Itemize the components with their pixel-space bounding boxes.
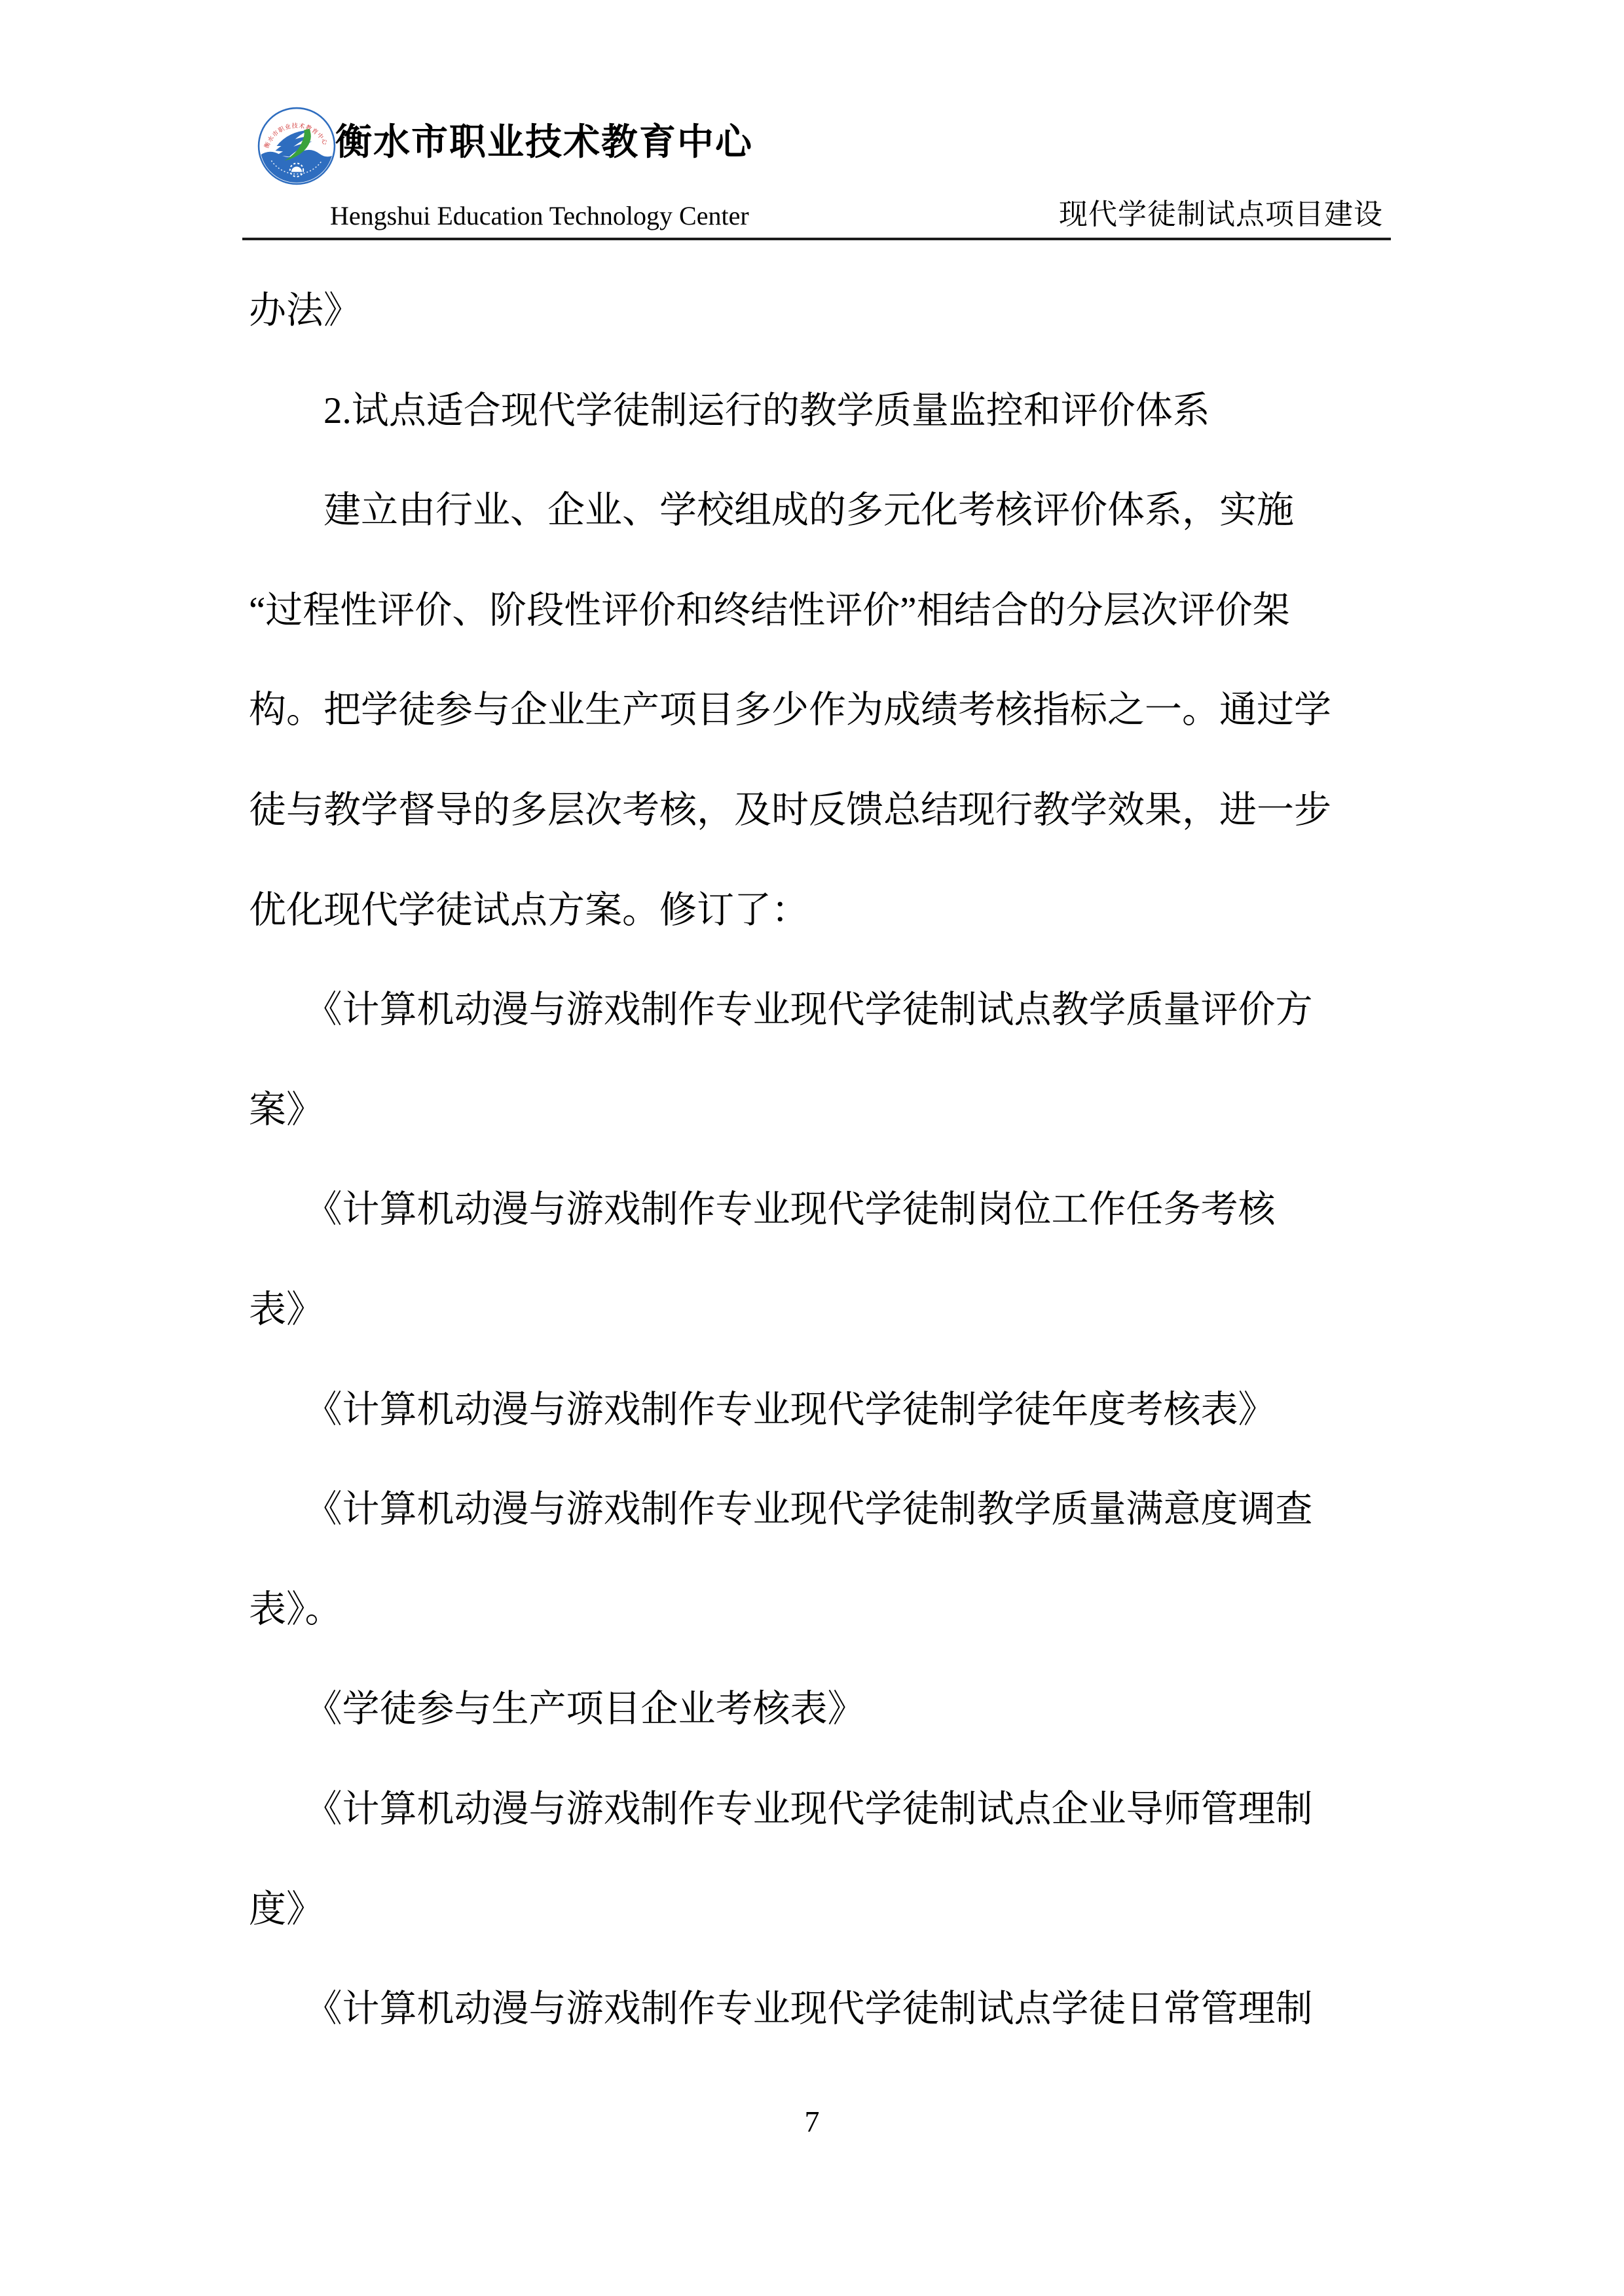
text-line: 表》。 bbox=[249, 1560, 1388, 1660]
text-line: 优化现代学徒试点方案。修订了： bbox=[249, 861, 1388, 961]
text-line: 表》 bbox=[249, 1260, 1388, 1360]
text-line: 《学徒参与生产项目企业考核表》 bbox=[249, 1660, 1388, 1760]
text-line: 《计算机动漫与游戏制作专业现代学徒制教学质量满意度调查 bbox=[249, 1460, 1388, 1560]
school-logo: 衡水市职业技术教育中心 bbox=[257, 106, 337, 186]
text-line: 建立由行业、企业、学校组成的多元化考核评价体系，实施 bbox=[249, 461, 1388, 561]
document-page: 衡水市职业技术教育中心 衡水市职业技术教育中心 bbox=[0, 0, 1624, 2296]
header-project-title: 现代学徒制试点项目建设 bbox=[1059, 199, 1383, 230]
header-rule bbox=[242, 238, 1391, 240]
text-line: 《计算机动漫与游戏制作专业现代学徒制岗位工作任务考核 bbox=[249, 1160, 1388, 1260]
header-title-cn: 衡水市职业技术教育中心 bbox=[335, 123, 753, 164]
text-line: 2.试点适合现代学徒制运行的教学质量监控和评价体系 bbox=[249, 361, 1388, 462]
body-text: 办法》 2.试点适合现代学徒制运行的教学质量监控和评价体系 建立由行业、企业、学… bbox=[249, 261, 1388, 2060]
text-line: 度》 bbox=[249, 1860, 1388, 1960]
text-line: 案》 bbox=[249, 1061, 1388, 1161]
header-subtitle-en: Hengshui Education Technology Center bbox=[330, 202, 749, 230]
text-line: “过程性评价、阶段性评价和终结性评价”相结合的分层次评价架 bbox=[249, 561, 1388, 661]
text-line: 《计算机动漫与游戏制作专业现代学徒制试点学徒日常管理制 bbox=[249, 1959, 1388, 2060]
school-logo-emblem: 衡水市职业技术教育中心 bbox=[257, 106, 337, 186]
text-line: 《计算机动漫与游戏制作专业现代学徒制试点企业导师管理制 bbox=[249, 1760, 1388, 1860]
page-number: 7 bbox=[0, 2107, 1624, 2137]
text-line: 《计算机动漫与游戏制作专业现代学徒制学徒年度考核表》 bbox=[249, 1360, 1388, 1461]
text-line: 徒与教学督导的多层次考核，及时反馈总结现行教学效果，进一步 bbox=[249, 761, 1388, 861]
text-line: 办法》 bbox=[249, 261, 1388, 361]
text-line: 《计算机动漫与游戏制作专业现代学徒制试点教学质量评价方 bbox=[249, 960, 1388, 1061]
text-line: 构。把学徒参与企业生产项目多少作为成绩考核指标之一。通过学 bbox=[249, 661, 1388, 761]
